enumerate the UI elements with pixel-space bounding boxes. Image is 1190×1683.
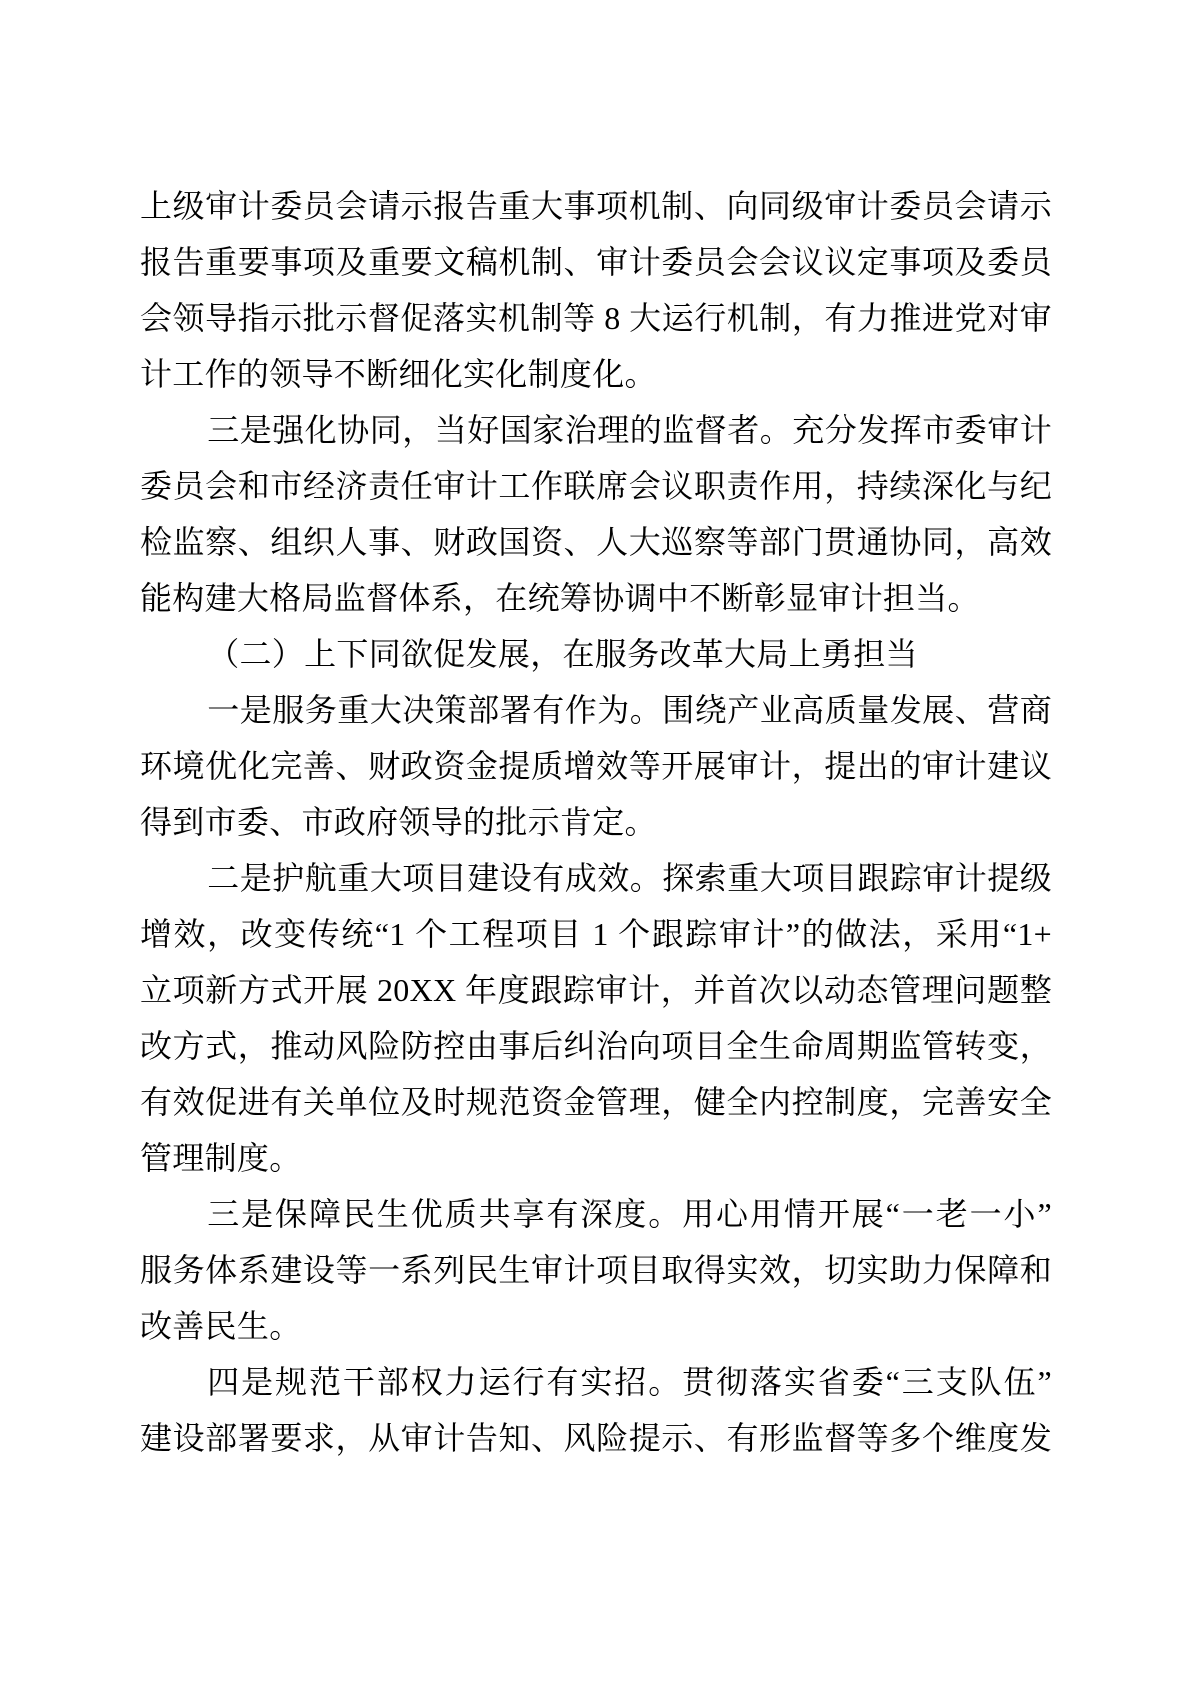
paragraph: 一是服务重大决策部署有作为。围绕产业高质量发展、营商环境优化完善、财政资金提质增…	[140, 682, 1052, 850]
text-line: 二是护航重大项目建设有成效。探索重大项目跟踪审计提级	[140, 850, 1052, 906]
text-line: 环境优化完善、财政资金提质增效等开展审计，提出的审计建议	[140, 738, 1052, 794]
paragraph: （二）上下同欲促发展，在服务改革大局上勇担当	[140, 626, 1052, 682]
text-line: 报告重要事项及重要文稿机制、审计委员会会议议定事项及委员	[140, 234, 1052, 290]
paragraph: 上级审计委员会请示报告重大事项机制、向同级审计委员会请示报告重要事项及重要文稿机…	[140, 178, 1052, 402]
text-line: 三是强化协同，当好国家治理的监督者。充分发挥市委审计	[140, 402, 1052, 458]
text-line: 能构建大格局监督体系，在统筹协调中不断彰显审计担当。	[140, 570, 1052, 626]
text-line: 计工作的领导不断细化实化制度化。	[140, 346, 1052, 402]
text-line: 会领导指示批示督促落实机制等 8 大运行机制，有力推进党对审	[140, 290, 1052, 346]
text-line: 三是保障民生优质共享有深度。用心用情开展“一老一小”	[140, 1186, 1052, 1242]
text-line: 立项新方式开展 20XX 年度跟踪审计，并首次以动态管理问题整	[140, 962, 1052, 1018]
text-line: 得到市委、市政府领导的批示肯定。	[140, 794, 1052, 850]
text-line: （二）上下同欲促发展，在服务改革大局上勇担当	[140, 626, 1052, 682]
document-body: 上级审计委员会请示报告重大事项机制、向同级审计委员会请示报告重要事项及重要文稿机…	[140, 178, 1052, 1466]
text-line: 管理制度。	[140, 1130, 1052, 1186]
text-line: 增效，改变传统“1 个工程项目 1 个跟踪审计”的做法，采用“1+N”	[140, 906, 1052, 962]
text-line: 改善民生。	[140, 1298, 1052, 1354]
paragraph: 三是强化协同，当好国家治理的监督者。充分发挥市委审计委员会和市经济责任审计工作联…	[140, 402, 1052, 626]
text-line: 建设部署要求，从审计告知、风险提示、有形监督等多个维度发	[140, 1410, 1052, 1466]
paragraph: 二是护航重大项目建设有成效。探索重大项目跟踪审计提级增效，改变传统“1 个工程项…	[140, 850, 1052, 1186]
text-line: 检监察、组织人事、财政国资、人大巡察等部门贯通协同，高效	[140, 514, 1052, 570]
document-page: 上级审计委员会请示报告重大事项机制、向同级审计委员会请示报告重要事项及重要文稿机…	[0, 0, 1190, 1683]
text-line: 上级审计委员会请示报告重大事项机制、向同级审计委员会请示	[140, 178, 1052, 234]
paragraph: 四是规范干部权力运行有实招。贯彻落实省委“三支队伍”建设部署要求，从审计告知、风…	[140, 1354, 1052, 1466]
paragraph: 三是保障民生优质共享有深度。用心用情开展“一老一小”服务体系建设等一系列民生审计…	[140, 1186, 1052, 1354]
text-line: 委员会和市经济责任审计工作联席会议职责作用，持续深化与纪	[140, 458, 1052, 514]
text-line: 四是规范干部权力运行有实招。贯彻落实省委“三支队伍”	[140, 1354, 1052, 1410]
text-line: 有效促进有关单位及时规范资金管理，健全内控制度，完善安全	[140, 1074, 1052, 1130]
text-line: 服务体系建设等一系列民生审计项目取得实效，切实助力保障和	[140, 1242, 1052, 1298]
text-line: 一是服务重大决策部署有作为。围绕产业高质量发展、营商	[140, 682, 1052, 738]
text-line: 改方式，推动风险防控由事后纠治向项目全生命周期监管转变，	[140, 1018, 1052, 1074]
